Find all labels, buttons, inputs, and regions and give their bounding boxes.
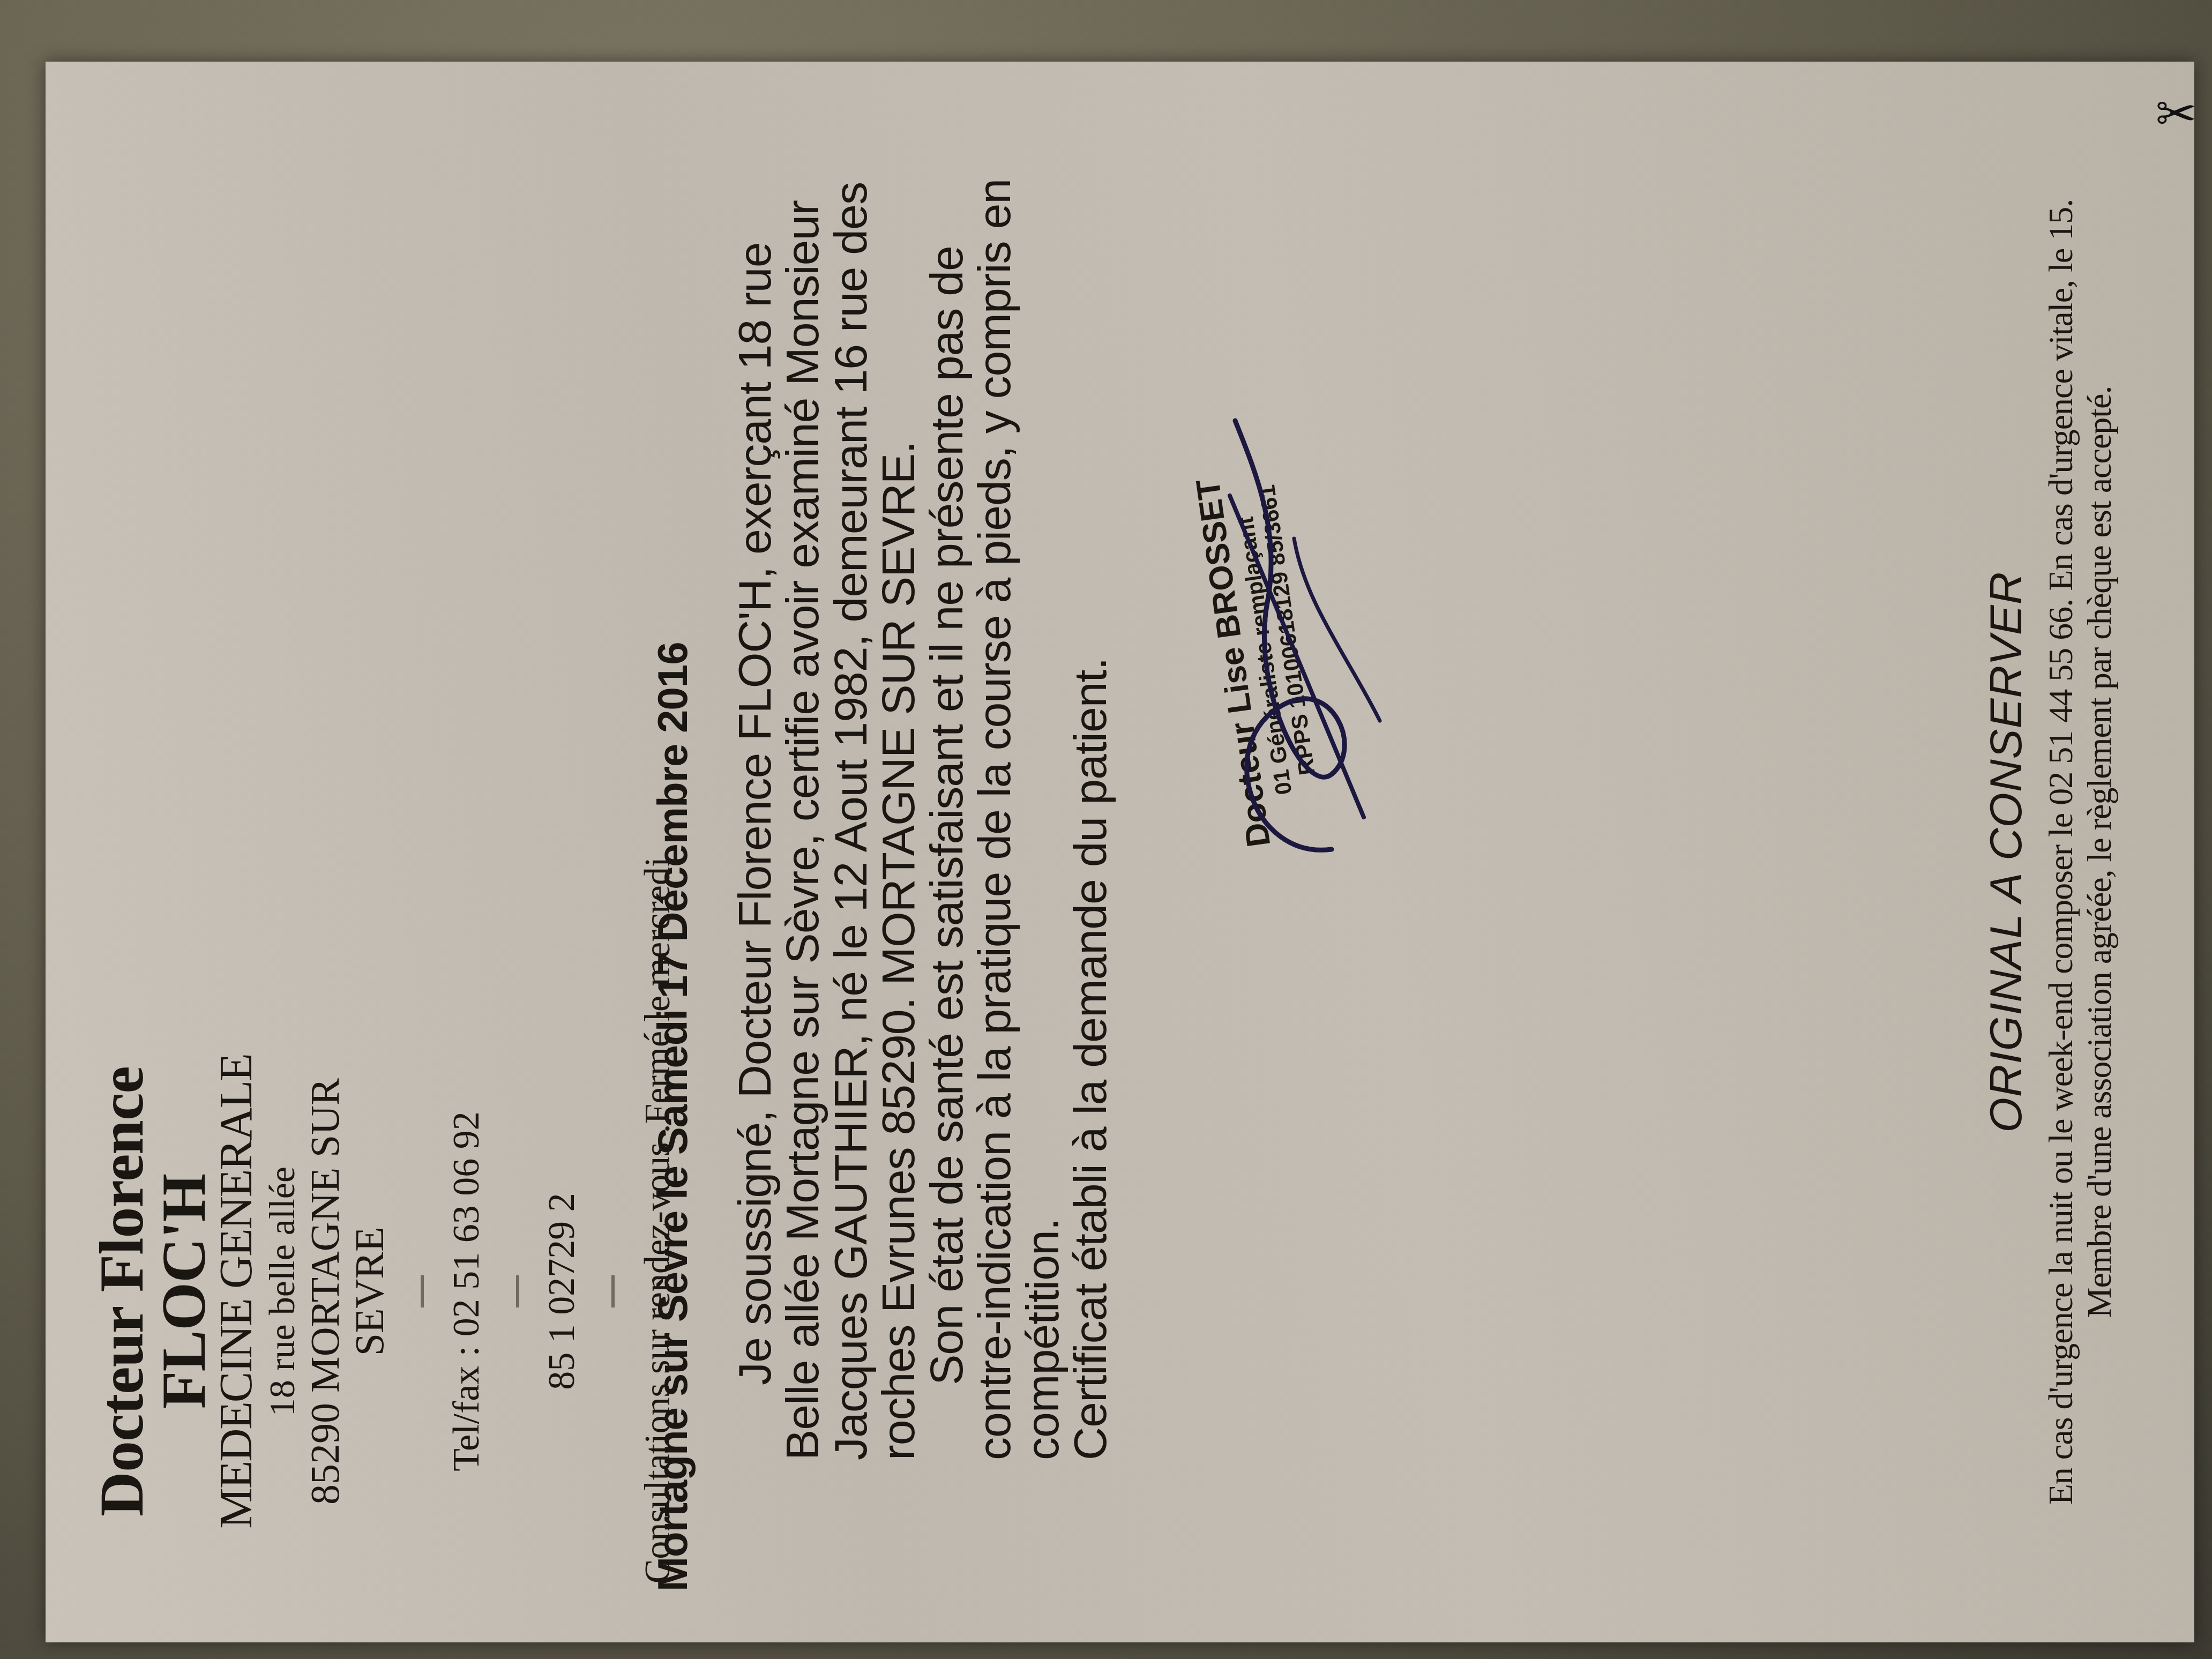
- divider: [516, 1275, 519, 1307]
- doctor-city: 85290 MORTAGNE SUR SEVRE: [303, 1010, 393, 1573]
- original-to-keep-note: ORIGINAL A CONSERVER: [1980, 62, 2032, 1642]
- doctor-street-address: 18 rue belle allée: [261, 1010, 303, 1573]
- divider: [421, 1275, 424, 1307]
- doctor-name: Docteur Florence FLOC'H: [91, 1010, 215, 1573]
- emergency-contact-line: En cas d'urgence la nuit ou le week-end …: [2042, 62, 2080, 1642]
- certificate-body: Je soussigné, Docteur Florence FLOC'H, e…: [731, 147, 1115, 1460]
- certificate-paragraph: Je soussigné, Docteur Florence FLOC'H, e…: [731, 147, 923, 1460]
- doctor-phone: Tel/fax : 02 51 63 06 92: [445, 1010, 488, 1573]
- certificate-paragraph: Certificat établi à la demande du patien…: [1067, 147, 1115, 1460]
- handwritten-signature: [1171, 399, 1396, 881]
- doctor-registration-number: 85 1 02729 2: [541, 1010, 584, 1573]
- payment-note-line: Membre d'une association agréée, le règl…: [2080, 62, 2119, 1642]
- doctor-specialty: MEDECINE GENERALE: [215, 1010, 257, 1573]
- certificate-paragraph: Son état de santé est satisfaisant et il…: [923, 147, 1067, 1460]
- scissors-icon: ✂: [2155, 90, 2196, 139]
- certificate-date: Mortagne sur Sèvre le Samedi 17 Décembre…: [648, 642, 697, 1591]
- page-footer: En cas d'urgence la nuit ou le week-end …: [2042, 62, 2118, 1642]
- divider: [611, 1275, 615, 1307]
- medical-certificate-sheet: Docteur Florence FLOC'H MEDECINE GENERAL…: [46, 62, 2194, 1642]
- letterhead: Docteur Florence FLOC'H MEDECINE GENERAL…: [91, 1010, 678, 1573]
